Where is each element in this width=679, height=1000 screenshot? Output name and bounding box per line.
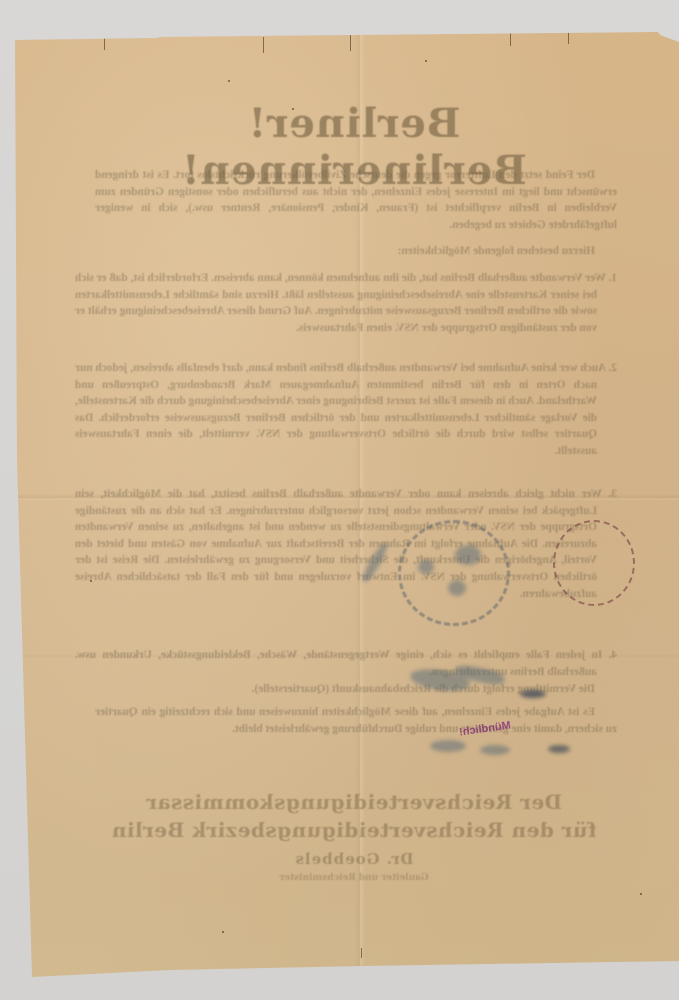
ink-smudge (448, 580, 466, 596)
round-ink-stamp (398, 520, 510, 626)
paper-speck (425, 60, 427, 62)
paper-speck (292, 108, 294, 110)
list-item: 2. Auch wer keine Aufnahme bei Verwandte… (75, 360, 617, 460)
ink-smudge (548, 745, 570, 753)
ink-smudge (480, 745, 510, 755)
list-item-text: In jedem Falle empfiehlt es sich, einige… (75, 649, 602, 678)
faint-round-stamp (553, 520, 635, 606)
paper-sheet: Berliner! Berlinerinnen! Der Feind setzt… (0, 0, 679, 1000)
note-paragraph: Es ist Aufgabe jedes Einzelnen, auf dies… (95, 704, 617, 737)
list-item-text: Wer Verwandte außerhalb Berlins hat, die… (75, 272, 606, 334)
ink-smudge (520, 690, 546, 698)
options-lead: Hierzu bestehen folgende Möglichkeiten: (95, 243, 617, 260)
list-item: 3. Wer nicht gleich abreisen kann oder V… (75, 486, 617, 602)
paper-speck (640, 893, 642, 895)
list-item-number: 3. (609, 488, 617, 500)
ink-smudge (418, 560, 434, 574)
list-item-text: Wer nicht gleich abreisen kann oder Verw… (75, 488, 602, 600)
mirrored-show-through-text: Berliner! Berlinerinnen! Der Feind setzt… (0, 0, 679, 1000)
signature-role: Gauleiter und Reichsminister (89, 873, 619, 883)
ink-smudge (455, 545, 481, 565)
paper-speck (90, 580, 92, 582)
intro-paragraph: Der Feind setzt den Luftterror gegen die… (95, 167, 617, 233)
list-item-number: 1. (609, 272, 617, 284)
list-item-number: 4. (609, 649, 617, 661)
ink-smudge (430, 740, 466, 752)
list-item: 1. Wer Verwandte außerhalb Berlins hat, … (75, 270, 617, 336)
list-item-text: Auch wer keine Aufnahme bei Verwandten a… (75, 362, 606, 457)
signature-name: Dr. Goebbels (89, 850, 619, 868)
signature-office: Der Reichsverteidigungskommissar (89, 790, 619, 814)
paper-speck (228, 80, 230, 82)
list-item-number: 2. (609, 362, 617, 374)
signature-district: für den Reichsverteidigungsbezirk Berlin (89, 818, 619, 842)
paper-speck (222, 931, 224, 933)
list-item: 4. In jedem Falle empfiehlt es sich, ein… (75, 647, 617, 680)
